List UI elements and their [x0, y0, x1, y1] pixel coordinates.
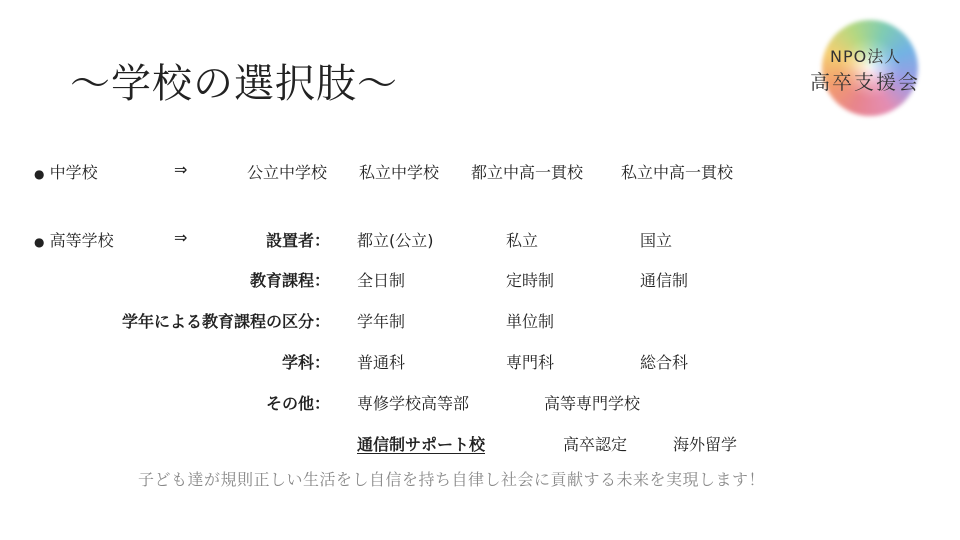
row-value: 通信制 — [640, 268, 688, 291]
row-value: 全日制 — [357, 268, 405, 291]
row-value: 定時制 — [506, 268, 554, 291]
logo-text-npo: NPO法人 — [830, 44, 901, 67]
row-value: 海外留学 — [673, 432, 737, 455]
bullet-icon: ● — [34, 235, 44, 249]
row-label-curriculum: 教育課程： — [70, 268, 330, 291]
arrow-icon: ⇒ — [174, 160, 187, 179]
row-value: 国立 — [640, 228, 672, 251]
row-value: 単位制 — [506, 309, 554, 332]
row-label-department: 学科： — [70, 350, 330, 373]
row-value: 専門科 — [506, 350, 554, 373]
logo-text-name: 高卒支援会 — [810, 66, 920, 95]
bullet-icon: ● — [34, 167, 44, 181]
junior-high-option: 私立中高一貫校 — [621, 160, 733, 183]
row-value: 総合科 — [640, 350, 688, 373]
junior-high-option: 都立中高一貫校 — [471, 160, 583, 183]
row-value: 高卒認定 — [563, 432, 627, 455]
junior-high-label: ● 中学校 — [34, 160, 98, 183]
junior-high-text: 中学校 — [50, 163, 98, 182]
motto-text: 子ども達が規則正しい生活をし自信を持ち自律し社会に貢献する未来を実現します！ — [138, 467, 765, 490]
row-label-other: その他： — [70, 391, 330, 414]
row-value: 学年制 — [357, 309, 405, 332]
row-label-founder: 設置者： — [70, 228, 330, 251]
support-school-highlight: 通信制サポート校 — [357, 432, 485, 455]
junior-high-option: 私立中学校 — [359, 160, 439, 183]
junior-high-option: 公立中学校 — [247, 160, 327, 183]
row-value: 普通科 — [357, 350, 405, 373]
slide-title: 〜学校の選択肢〜 — [70, 52, 398, 109]
row-value: 都立(公立) — [357, 228, 434, 251]
row-label-grade-division: 学年による教育課程の区分： — [70, 309, 330, 332]
row-value: 私立 — [506, 228, 538, 251]
row-value: 高等専門学校 — [544, 391, 640, 414]
npo-logo: NPO法人 高卒支援会 — [810, 20, 930, 120]
row-value: 専修学校高等部 — [357, 391, 469, 414]
